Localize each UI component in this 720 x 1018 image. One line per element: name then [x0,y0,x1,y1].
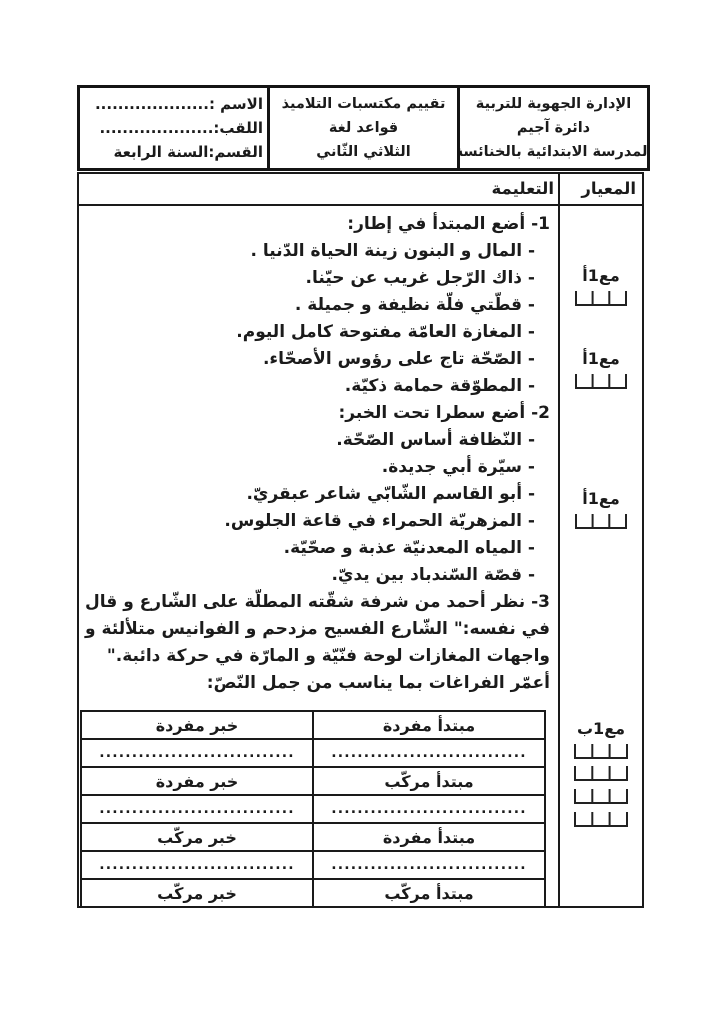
predicate-header-cell: خبر مفردة [81,711,313,739]
exam-line-3: الثلاثي الثّاني [316,140,410,164]
student-surname-line: اللقب:.................... [84,116,263,140]
admin-line-3: المدرسة الابتدائية بالخنائسة [457,140,647,164]
answer-blank-cell: .............................. [313,795,545,823]
answer-blank-cell: .............................. [313,739,545,767]
score-boxes-icon [574,373,628,390]
subject-header-cell: مبتدأ مفردة [313,823,545,851]
exercise1-item: - ذاك الرّجل غريب عن حيّنا. [85,265,550,292]
score-boxes-icon [573,811,629,828]
header-box: الإدارة الجهوية للتربية دائرة آجيم المدر… [77,85,650,171]
answer-row: .............................. .........… [81,739,545,767]
criteria-mark-3-label: مع1أ [560,486,642,512]
subject-header-cell: مبتدأ مركّب [313,879,545,907]
exercise3-instruction: أعمّر الفراغات بما يناسب من جمل النّصّ: [85,670,550,697]
exam-line-2: قواعد لغة [329,116,398,140]
exercise1-title: 1- أضع المبتدأ في إطار: [85,211,550,238]
criteria-mark-2: مع1أ [560,346,642,395]
exercise2-item: - النّظافة أساس الصّحّة. [85,427,550,454]
exercise2-item: - المزهريّة الحمراء في قاعة الجلوس. [85,508,550,535]
table-row: مبتدأ مفردة خبر مركّب [81,823,545,851]
predicate-header-cell: خبر مركّب [81,879,313,907]
main-table: المعيار التعليمة مع1أ مع1أ مع1أ [77,172,644,908]
exercise2-item: - المياه المعدنيّة عذبة و صحّيّة. [85,535,550,562]
score-boxes-icon [574,290,628,307]
score-boxes-icon [573,765,629,782]
score-boxes-icon [574,513,628,530]
table-row: مبتدأ مفردة خبر مفردة [81,711,545,739]
student-class-line: القسم:السنة الرابعة [84,140,263,164]
exercise1-item: - قطّتي فلّة نظيفة و جميلة . [85,292,550,319]
worksheet-page: الإدارة الجهوية للتربية دائرة آجيم المدر… [0,0,720,1018]
main-table-body: مع1أ مع1أ مع1أ مع1ب [79,206,642,908]
criteria-column-header: المعيار [558,174,642,204]
instruction-column: 1- أضع المبتدأ في إطار: - المال و البنون… [79,206,558,908]
criteria-column: مع1أ مع1أ مع1أ مع1ب [558,206,642,908]
exercise2-item: - قصّة السّندباد بين يديّ. [85,562,550,589]
admin-line-1: الإدارة الجهوية للتربية [476,92,631,116]
exercise1-item: - المال و البنون زينة الحياة الدّنيا . [85,238,550,265]
header-student-cell: الاسم :.................... اللقب:......… [80,88,267,168]
student-name-line: الاسم :.................... [84,92,263,116]
answer-blank-cell: .............................. [313,851,545,879]
answer-row: .............................. .........… [81,795,545,823]
answer-blank-cell: .............................. [81,739,313,767]
fill-in-table: مبتدأ مفردة خبر مفردة ..................… [80,710,546,908]
criteria-mark-1: مع1أ [560,263,642,312]
criteria-mark-2-label: مع1أ [560,346,642,372]
subject-header-cell: مبتدأ مفردة [313,711,545,739]
instruction-column-header: التعليمة [79,174,558,204]
table-row: مبتدأ مركّب خبر مركّب [81,879,545,907]
criteria-mark-4: مع1ب [560,716,642,833]
exercise2-item: - أبو القاسم الشّابّي شاعر عبقريّ. [85,481,550,508]
exercise2-title: 2- أضع سطرا تحت الخبر: [85,400,550,427]
exercise1-item: - المطوّقة حمامة ذكيّة. [85,373,550,400]
answer-blank-cell: .............................. [81,851,313,879]
exam-line-1: تقييم مكتسبات التلاميذ [282,92,446,116]
exercise1-item: - المغازة العامّة مفتوحة كامل اليوم. [85,319,550,346]
answer-row: .............................. .........… [81,851,545,879]
admin-line-2: دائرة آجيم [517,116,590,140]
criteria-mark-3: مع1أ [560,486,642,535]
exercise1-item: - الصّحّة تاج على رؤوس الأصحّاء. [85,346,550,373]
predicate-header-cell: خبر مركّب [81,823,313,851]
header-admin-cell: الإدارة الجهوية للتربية دائرة آجيم المدر… [457,88,647,168]
criteria-mark-1-label: مع1أ [560,263,642,289]
exercise2-item: - سيّرة أبي جديدة. [85,454,550,481]
exercise3-text: 3- نظر أحمد من شرفة شقّته المطلّة على ال… [85,589,550,670]
subject-header-cell: مبتدأ مركّب [313,767,545,795]
header-exam-cell: تقييم مكتسبات التلاميذ قواعد لغة الثلاثي… [267,88,457,168]
score-boxes-icon [573,743,629,760]
answer-blank-cell: .............................. [81,795,313,823]
score-boxes-icon [573,788,629,805]
main-table-header: المعيار التعليمة [79,174,642,206]
table-row: مبتدأ مركّب خبر مفردة [81,767,545,795]
criteria-mark-4-label: مع1ب [560,716,642,742]
predicate-header-cell: خبر مفردة [81,767,313,795]
